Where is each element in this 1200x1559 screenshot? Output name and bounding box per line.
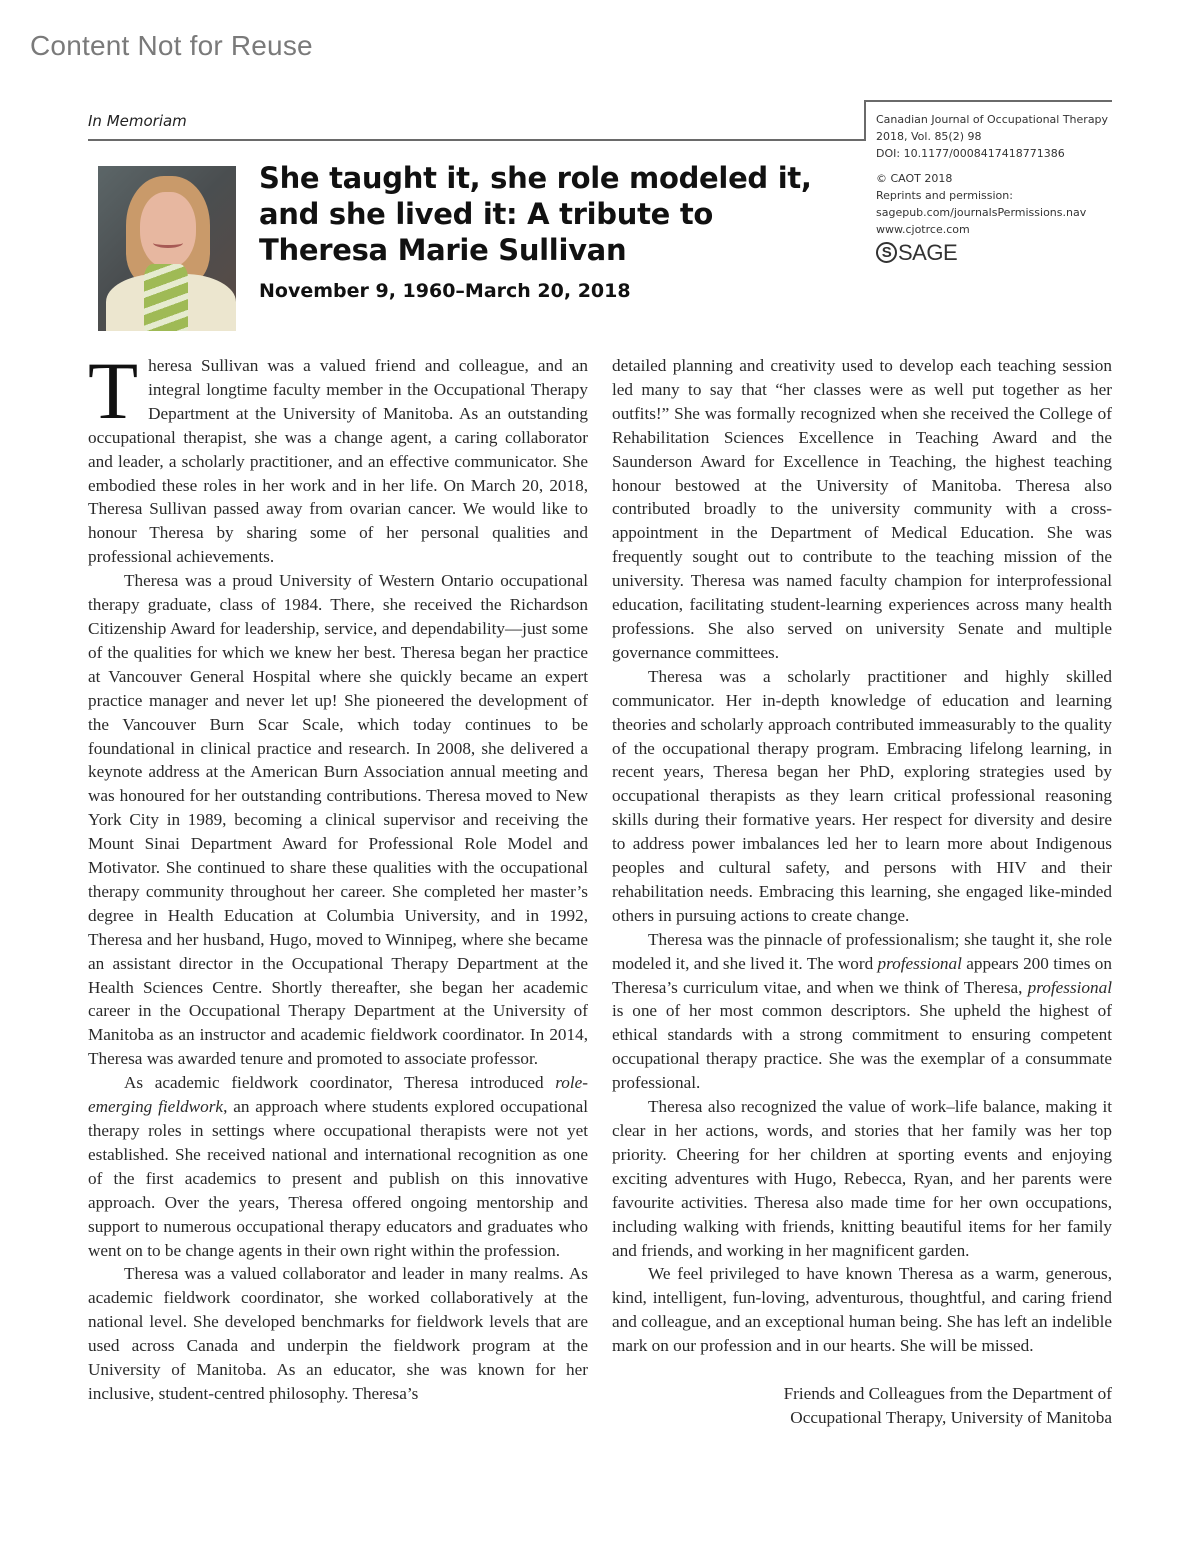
sage-logo: S SAGE <box>876 242 1176 263</box>
drop-cap: T <box>88 358 138 424</box>
meta-box-border <box>866 100 1112 102</box>
life-dates: November 9, 1960–March 20, 2018 <box>259 280 631 302</box>
portrait-photo <box>98 166 236 331</box>
sage-s-icon: S <box>876 242 897 263</box>
paragraph: Theresa was a scholarly practitioner and… <box>612 665 1112 928</box>
article-title: She taught it, she role modeled it, and … <box>259 160 839 268</box>
paragraph: We feel privileged to have known Theresa… <box>612 1262 1112 1358</box>
signoff-line: Friends and Colleagues from the Departme… <box>784 1384 1112 1403</box>
section-label: In Memoriam <box>88 112 187 130</box>
paragraph: Theresa was a proud University of Wester… <box>88 569 588 1071</box>
text-column-left: Theresa Sullivan was a valued friend and… <box>88 354 588 1406</box>
signoff: Friends and Colleagues from the Departme… <box>612 1382 1112 1430</box>
header-rule <box>88 139 866 141</box>
website-link[interactable]: www.cjotrce.com <box>876 221 1176 238</box>
paragraph-continued: detailed planning and creativity used to… <box>612 354 1112 665</box>
journal-volume: 2018, Vol. 85(2) 98 <box>876 128 1176 145</box>
watermark: Content Not for Reuse <box>30 30 313 62</box>
journal-name: Canadian Journal of Occupational Therapy <box>876 111 1176 128</box>
sage-logo-text: SAGE <box>898 244 957 261</box>
paragraph: Theresa also recognized the value of wor… <box>612 1095 1112 1262</box>
doi: DOI: 10.1177/0008417418771386 <box>876 145 1176 162</box>
reprints-link[interactable]: sagepub.com/journalsPermissions.nav <box>876 204 1176 221</box>
meta-box-border <box>864 100 866 141</box>
signoff-line: Occupational Therapy, University of Mani… <box>790 1408 1112 1427</box>
paragraph: Theresa was the pinnacle of professional… <box>612 928 1112 1095</box>
copyright: © CAOT 2018 <box>876 170 1176 187</box>
paragraph: Theresa was a valued collaborator and le… <box>88 1262 588 1405</box>
italic-term: professional <box>878 954 962 973</box>
paragraph: As academic fieldwork coordinator, There… <box>88 1071 588 1262</box>
paragraph: Theresa Sullivan was a valued friend and… <box>88 354 588 569</box>
italic-term: professional <box>1028 978 1112 997</box>
journal-meta: Canadian Journal of Occupational Therapy… <box>876 111 1176 263</box>
reprints-label: Reprints and permission: <box>876 187 1176 204</box>
text-column-right: detailed planning and creativity used to… <box>612 354 1112 1430</box>
